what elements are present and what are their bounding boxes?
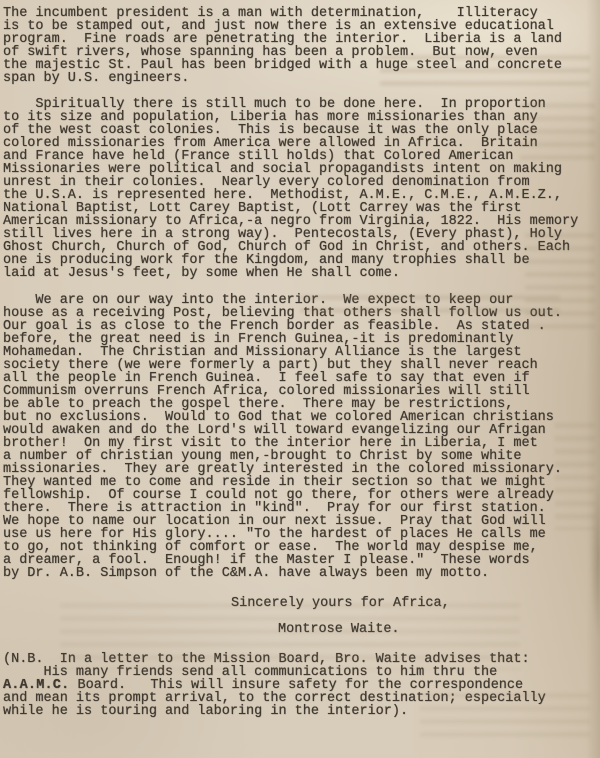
paragraph-2: Spiritually there is still much to be do…	[3, 98, 600, 280]
typewritten-letter-page: The incumbent president is a man with de…	[0, 0, 600, 758]
signature-name: Montrose Waite.	[278, 623, 600, 636]
paragraph-1: The incumbent president is a man with de…	[3, 7, 600, 85]
postscript-line: while he is touring and laboring in the …	[3, 705, 600, 718]
closing-salutation: Sincerely yours for Africa,	[231, 597, 600, 610]
postscript-note: (N.B. In a letter to the Mission Board, …	[3, 653, 600, 718]
paragraph-3: We are on our way into the interior. We …	[3, 294, 600, 580]
